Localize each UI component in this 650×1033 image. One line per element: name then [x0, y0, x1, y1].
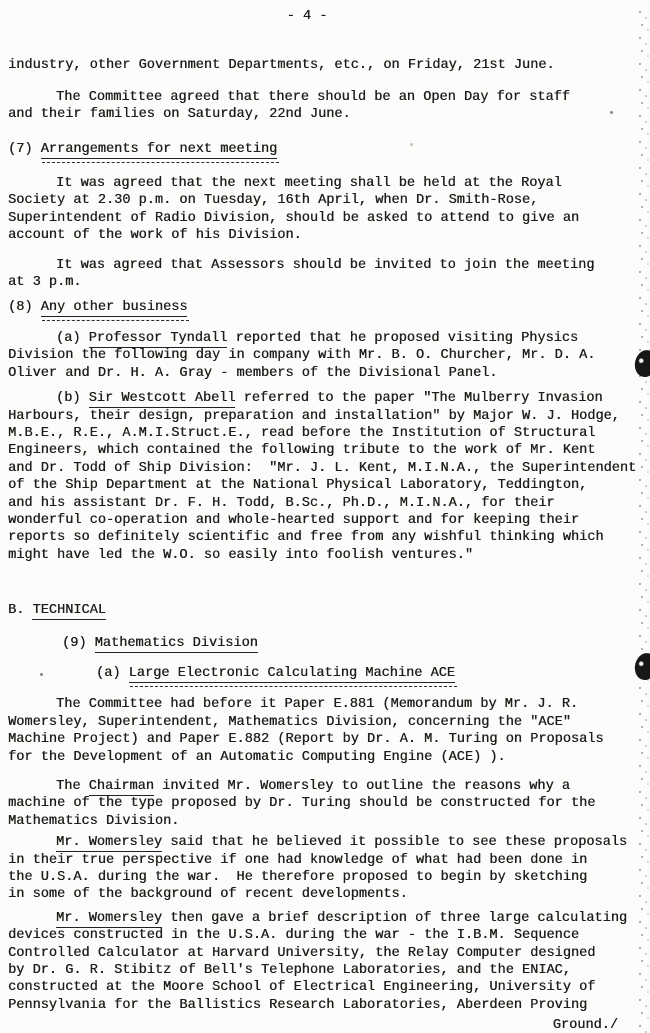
womersley-proposals-paragraph: Mr. Womersley said that he believed it p…	[0, 834, 650, 904]
abell-paragraph: (b) Sir Westcott Abell referred to the p…	[0, 390, 650, 564]
heading-9-title: Mathematics Division	[95, 636, 258, 653]
womersley-name: Mr. Womersley	[56, 835, 162, 852]
committee-papers-paragraph: The Committee had before it Paper E.881 …	[0, 696, 650, 766]
abell-item-letter: (b)	[56, 391, 89, 406]
minutes-page-scan: - 4 - industry, other Government Departm…	[0, 8, 650, 1033]
open-day-paragraph: The Committee agreed that there should b…	[0, 89, 650, 124]
continuation-paragraph: industry, other Government Departments, …	[0, 57, 650, 74]
next-meeting-paragraph: It was agreed that the next meeting shal…	[0, 175, 650, 245]
page-number: - 4 -	[0, 8, 614, 25]
womersley-devices-paragraph: Mr. Womersley then gave a brief descript…	[0, 910, 650, 1014]
scan-edge-noise	[637, 8, 650, 1033]
heading-7-title: Arrangements for next meeting	[41, 142, 278, 159]
heading-item-9a: (a) Large Electronic Calculating Machine…	[88, 665, 650, 682]
heading-9a-title: Large Electronic Calculating Machine ACE	[129, 666, 455, 683]
scan-speck	[410, 143, 413, 146]
heading-item-8: (8) Any other business	[0, 299, 650, 316]
heading-9a-letter: (a)	[96, 666, 129, 681]
tyndall-item-letter: (a)	[56, 331, 89, 346]
heading-item-9: (9) Mathematics Division	[54, 635, 650, 652]
scan-speck	[610, 111, 613, 114]
heading-8-title: Any other business	[41, 300, 188, 317]
heading-9-number: (9)	[62, 636, 95, 651]
chairman-paragraph: The Chairman invited Mr. Womersley to ou…	[0, 778, 650, 830]
section-b-title: TECHNICAL	[32, 603, 105, 620]
abell-name: Sir Westcott Abell	[89, 391, 236, 408]
scan-speck	[40, 673, 43, 676]
heading-7-number: (7)	[8, 142, 41, 157]
chairman-name: Chairman	[89, 779, 154, 796]
chairman-lead: The	[56, 779, 89, 794]
catchword: Ground./	[0, 1017, 650, 1033]
assessors-paragraph: It was agreed that Assessors should be i…	[0, 257, 650, 292]
tyndall-paragraph: (a) Professor Tyndall reported that he p…	[0, 330, 650, 382]
heading-8-number: (8)	[8, 300, 41, 315]
abell-text: referred to the paper "The Mulberry Inva…	[8, 391, 636, 563]
tyndall-name: Professor Tyndall	[89, 331, 228, 348]
section-b-letter: B.	[8, 603, 32, 618]
womersley-name-2: Mr. Womersley	[56, 911, 162, 928]
heading-item-7: (7) Arrangements for next meeting	[0, 141, 650, 158]
heading-section-b: B. TECHNICAL	[0, 602, 650, 619]
